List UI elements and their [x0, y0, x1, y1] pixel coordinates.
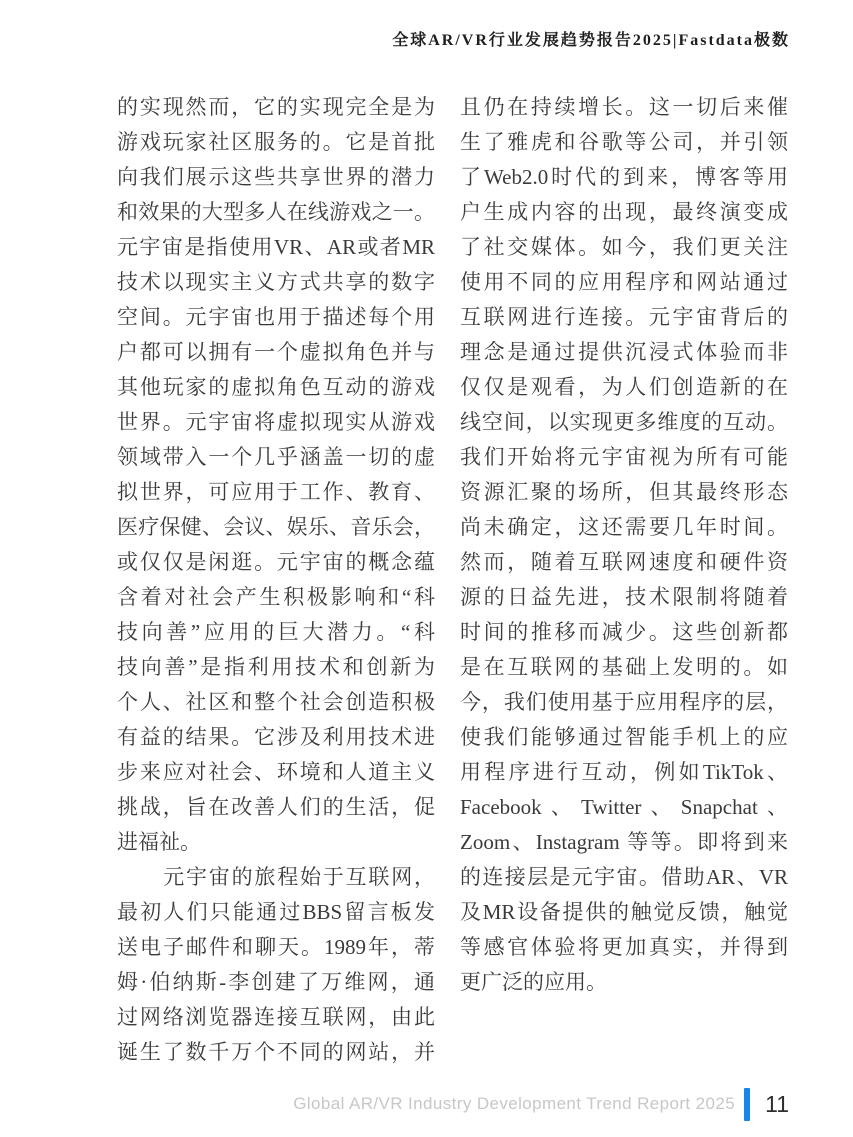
text-line: 最初人们只能通过BBS留言板发 [117, 895, 435, 930]
text-line: 使用不同的应用程序和网站通过 [460, 265, 788, 300]
text-line: 姆·伯纳斯-李创建了万维网，通 [117, 965, 435, 1000]
text-line: 更广泛的应用。 [460, 965, 788, 1000]
text-line: 元宇宙的旅程始于互联网， [117, 860, 435, 895]
page-footer: Global AR/VR Industry Development Trend … [293, 1086, 789, 1122]
text-line: 或仅仅是闲逛。元宇宙的概念蕴 [117, 545, 435, 580]
text-line: 技术以现实主义方式共享的数字 [117, 265, 435, 300]
text-line: 进福祉。 [117, 825, 435, 860]
text-line: 生了雅虎和谷歌等公司，并引领 [460, 125, 788, 160]
text-line: 今，我们使用基于应用程序的层， [460, 685, 788, 720]
text-line: 有益的结果。它涉及利用技术进 [117, 720, 435, 755]
text-line: 等感官体验将更加真实，并得到 [460, 930, 788, 965]
text-line: 资源汇聚的场所，但其最终形态 [460, 475, 788, 510]
text-line: 用程序进行互动，例如TikTok、 [460, 755, 788, 790]
text-line: 向我们展示这些共享世界的潜力 [117, 160, 435, 195]
text-line: 然而，随着互联网速度和硬件资 [460, 545, 788, 580]
text-line: 线空间，以实现更多维度的互动。 [460, 405, 788, 440]
text-line: 空间。元宇宙也用于描述每个用 [117, 300, 435, 335]
text-line: 及MR设备提供的触觉反馈，触觉 [460, 895, 788, 930]
text-line: 仅仅是观看，为人们创造新的在 [460, 370, 788, 405]
text-line: 且仍在持续增长。这一切后来催 [460, 90, 788, 125]
text-line: 我们开始将元宇宙视为所有可能 [460, 440, 788, 475]
footer-report-name: Global AR/VR Industry Development Trend … [293, 1094, 735, 1114]
text-line: 个人、社区和整个社会创造积极 [117, 685, 435, 720]
text-line: 源的日益先进，技术限制将随着 [460, 580, 788, 615]
text-line: 拟世界，可应用于工作、教育、 [117, 475, 435, 510]
text-line: Zoom、Instagram 等等。即将到来 [460, 825, 788, 860]
text-line: 的连接层是元宇宙。借助AR、VR [460, 860, 788, 895]
text-column-left: 的实现然而，它的实现完全是为游戏玩家社区服务的。它是首批向我们展示这些共享世界的… [117, 90, 435, 1070]
text-line: 步来应对社会、环境和人道主义 [117, 755, 435, 790]
text-line: 户都可以拥有一个虚拟角色并与 [117, 335, 435, 370]
text-line: 诞生了数千万个不同的网站，并 [117, 1035, 435, 1070]
text-line: 使我们能够通过智能手机上的应 [460, 720, 788, 755]
text-line: 尚未确定，这还需要几年时间。 [460, 510, 788, 545]
text-line: 含着对社会产生积极影响和“科 [117, 580, 435, 615]
text-line: 元宇宙是指使用VR、AR或者MR [117, 230, 435, 265]
text-line: Facebook、Twitter、Snapchat、 [460, 790, 788, 825]
text-line: 其他玩家的虚拟角色互动的游戏 [117, 370, 435, 405]
report-title: 全球AR/VR行业发展趋势报告2025|Fastdata极数 [392, 32, 790, 49]
text-line: 了社交媒体。如今，我们更关注 [460, 230, 788, 265]
text-line: 世界。元宇宙将虚拟现实从游戏 [117, 405, 435, 440]
text-line: 户生成内容的出现，最终演变成 [460, 195, 788, 230]
text-line: 和效果的大型多人在线游戏之一。 [117, 195, 435, 230]
text-line: 游戏玩家社区服务的。它是首批 [117, 125, 435, 160]
page-number: 11 [765, 1091, 789, 1118]
text-line: 送电子邮件和聊天。1989年，蒂 [117, 930, 435, 965]
page-header: 全球AR/VR行业发展趋势报告2025|Fastdata极数 [392, 27, 790, 50]
text-line: 过网络浏览器连接互联网，由此 [117, 1000, 435, 1035]
text-line: 挑战，旨在改善人们的生活，促 [117, 790, 435, 825]
text-line: 是在互联网的基础上发明的。如 [460, 650, 788, 685]
text-line: 理念是通过提供沉浸式体验而非 [460, 335, 788, 370]
text-line: 的实现然而，它的实现完全是为 [117, 90, 435, 125]
footer-accent-bar [744, 1088, 750, 1121]
text-line: 领域带入一个几乎涵盖一切的虚 [117, 440, 435, 475]
text-column-right: 且仍在持续增长。这一切后来催生了雅虎和谷歌等公司，并引领了Web2.0时代的到来… [460, 90, 788, 1000]
report-page: 全球AR/VR行业发展趋势报告2025|Fastdata极数 的实现然而，它的实… [0, 0, 853, 1137]
text-line: 了Web2.0时代的到来，博客等用 [460, 160, 788, 195]
text-line: 医疗保健、会议、娱乐、音乐会， [117, 510, 435, 545]
text-line: 技向善”应用的巨大潜力。“科 [117, 615, 435, 650]
text-line: 时间的推移而减少。这些创新都 [460, 615, 788, 650]
text-line: 技向善”是指利用技术和创新为 [117, 650, 435, 685]
text-line: 互联网进行连接。元宇宙背后的 [460, 300, 788, 335]
